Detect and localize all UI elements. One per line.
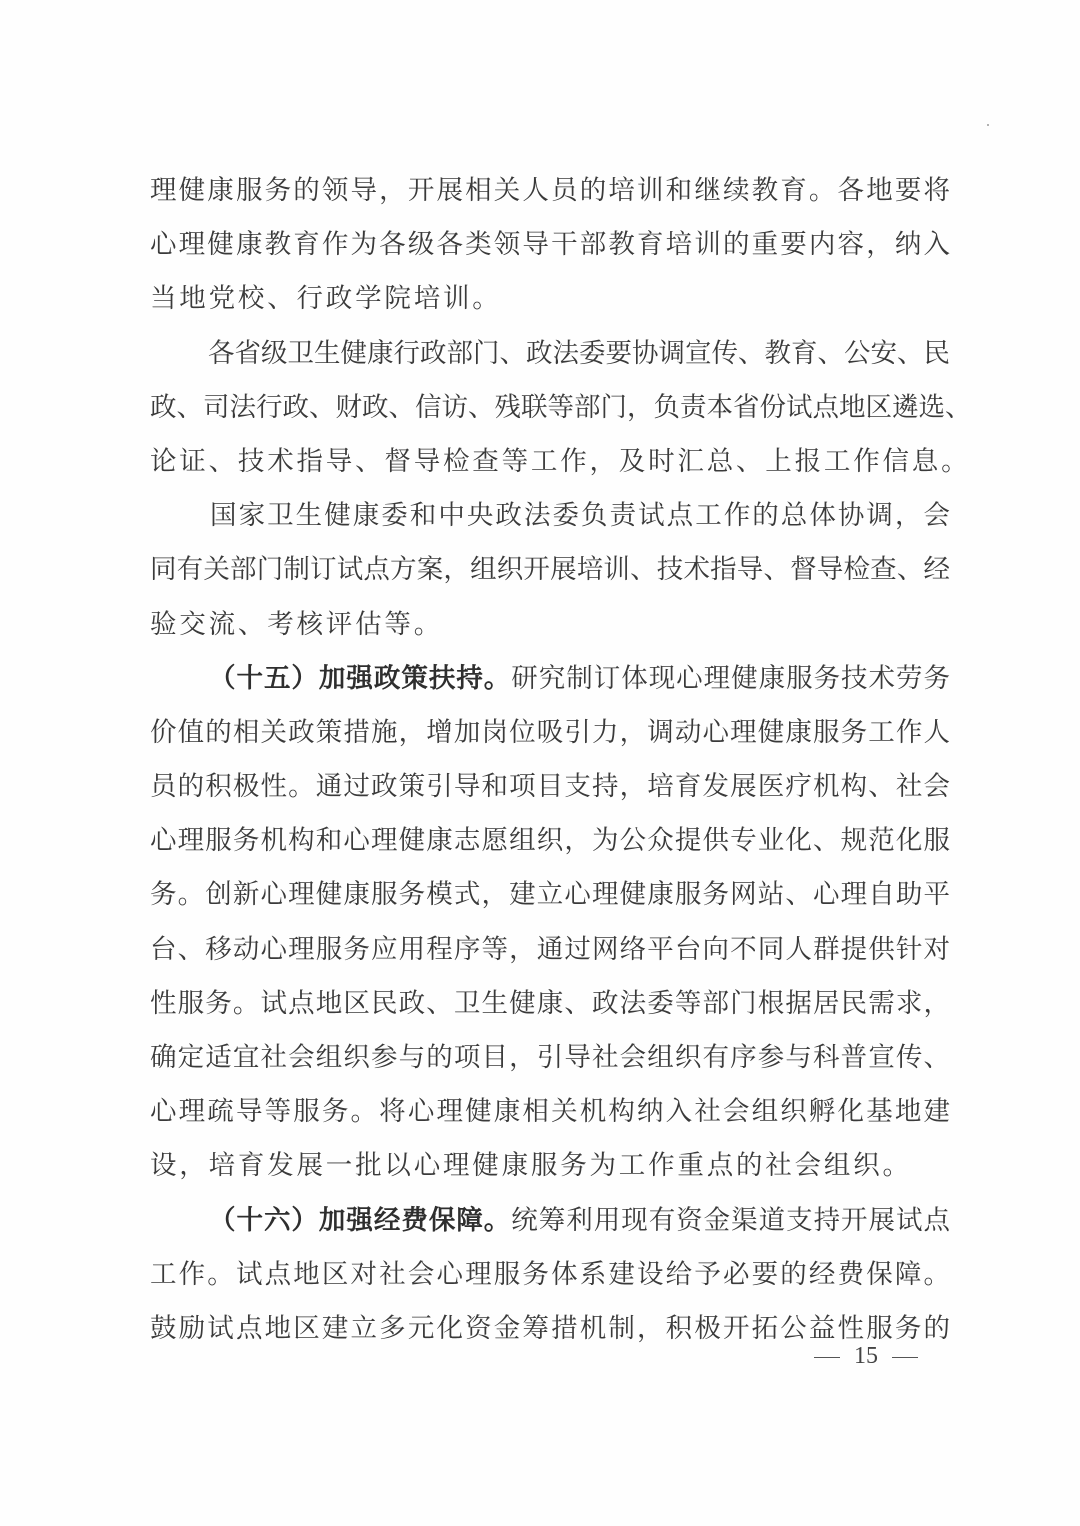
text-span: 统筹利用现有资金渠道支持开展试点 [511, 1205, 950, 1236]
text-line: 验交流、考核评估等。 [150, 598, 950, 652]
text-line: 心理疏导等服务。将心理健康相关机构纳入社会组织孵化基地建 [150, 1085, 950, 1139]
section-16-paragraph: （十六）加强经费保障。统筹利用现有资金渠道支持开展试点 工作。试点地区对社会心理… [150, 1194, 950, 1357]
text-line: 设，培育发展一批以心理健康服务为工作重点的社会组织。 [150, 1139, 950, 1193]
page-number-value: 15 [854, 1343, 878, 1369]
page-number-dash-left [814, 1357, 840, 1359]
text-line: 同有关部门制订试点方案，组织开展培训、技术指导、督导检查、经 [150, 543, 950, 597]
text-line: 员的积极性。通过政策引导和项目支持，培育发展医疗机构、社会 [150, 760, 950, 814]
text-line: （十五）加强政策扶持。研究制订体现心理健康服务技术劳务 [150, 652, 950, 706]
section-16-heading: （十六）加强经费保障。 [208, 1205, 511, 1236]
text-line: 务。创新心理健康服务模式，建立心理健康服务网站、心理自助平 [150, 868, 950, 922]
document-body: 理健康服务的领导，开展相关人员的培训和继续教育。各地要将 心理健康教育作为各级各… [150, 164, 950, 1356]
text-span: 各省级卫生健康行政部门、政法委要协调宣传、教育、公安、民 [208, 338, 950, 369]
text-line: 确定适宜社会组织参与的项目，引导社会组织有序参与科普宣传、 [150, 1031, 950, 1085]
text-span: 研究制订体现心理健康服务技术劳务 [511, 663, 950, 694]
text-line: 工作。试点地区对社会心理服务体系建设给予必要的经费保障。 [150, 1248, 950, 1302]
text-line: 性服务。试点地区民政、卫生健康、政法委等部门根据居民需求， [150, 977, 950, 1031]
paragraph-2: 各省级卫生健康行政部门、政法委要协调宣传、教育、公安、民 政、司法行政、财政、信… [150, 327, 950, 490]
text-line: 各省级卫生健康行政部门、政法委要协调宣传、教育、公安、民 [150, 327, 950, 381]
text-span: 国家卫生健康委和中央政法委负责试点工作的总体协调，会 [208, 500, 950, 531]
section-15-paragraph: （十五）加强政策扶持。研究制订体现心理健康服务技术劳务 价值的相关政策措施，增加… [150, 652, 950, 1194]
text-line: 当地党校、行政学院培训。 [150, 272, 950, 326]
page-number: 15 [800, 1336, 930, 1376]
paragraph-1: 理健康服务的领导，开展相关人员的培训和继续教育。各地要将 心理健康教育作为各级各… [150, 164, 950, 327]
text-line: 论证、技术指导、督导检查等工作，及时汇总、上报工作信息。 [150, 435, 950, 489]
text-line: 心理服务机构和心理健康志愿组织，为公众提供专业化、规范化服 [150, 814, 950, 868]
text-line: 政、司法行政、财政、信访、残联等部门，负责本省份试点地区遴选、 [150, 381, 950, 435]
paragraph-3: 国家卫生健康委和中央政法委负责试点工作的总体协调，会 同有关部门制订试点方案，组… [150, 489, 950, 652]
page-number-dash-right [892, 1357, 918, 1359]
text-line: 理健康服务的领导，开展相关人员的培训和继续教育。各地要将 [150, 164, 950, 218]
text-line: 价值的相关政策措施，增加岗位吸引力，调动心理健康服务工作人 [150, 706, 950, 760]
document-page: 理健康服务的领导，开展相关人员的培训和继续教育。各地要将 心理健康教育作为各级各… [0, 0, 1080, 1526]
section-15-heading: （十五）加强政策扶持。 [208, 663, 511, 694]
scan-artifact-dot [987, 124, 989, 126]
text-line: 国家卫生健康委和中央政法委负责试点工作的总体协调，会 [150, 489, 950, 543]
text-line: 心理健康教育作为各级各类领导干部教育培训的重要内容，纳入 [150, 218, 950, 272]
text-line: （十六）加强经费保障。统筹利用现有资金渠道支持开展试点 [150, 1194, 950, 1248]
text-line: 台、移动心理服务应用程序等，通过网络平台向不同人群提供针对 [150, 923, 950, 977]
